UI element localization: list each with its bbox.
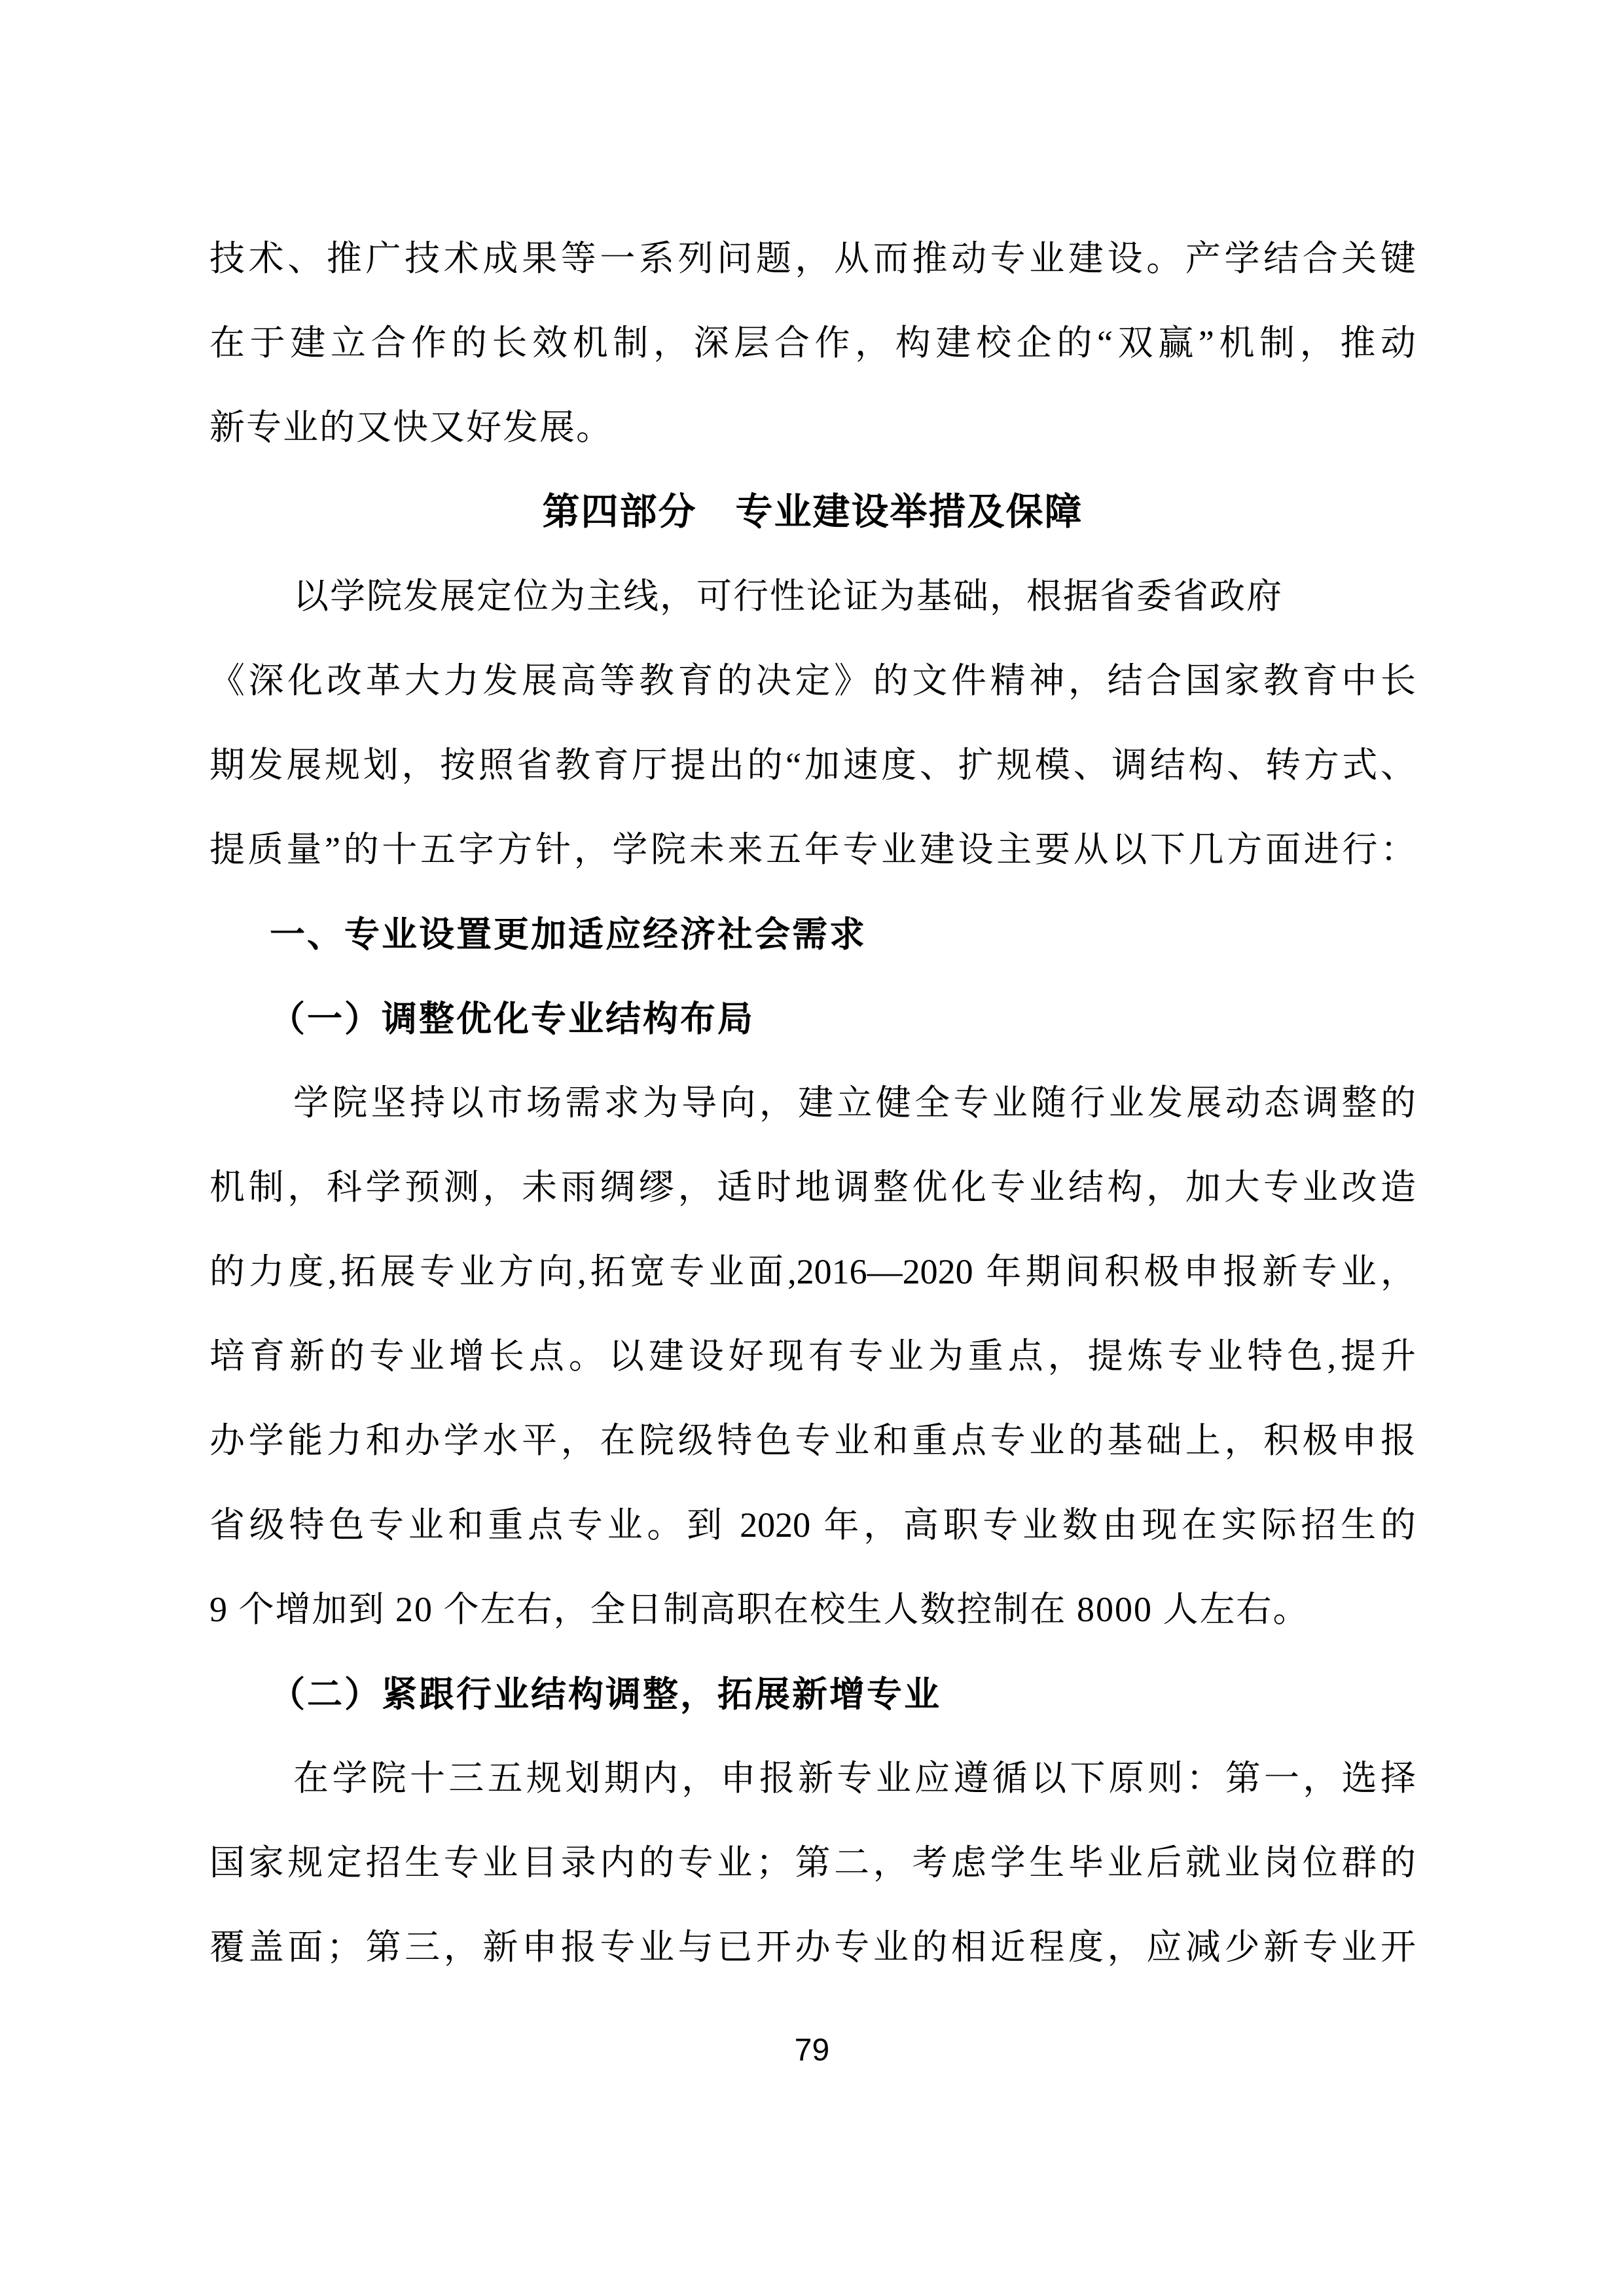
chapter-heading: 第四部分 专业建设举措及保障	[209, 470, 1416, 554]
text-line: 提质量”的十五字方针，学院未来五年专业建设主要从以下几方面进行：	[209, 808, 1416, 892]
document-body: 技术、推广技术成果等一系列问题，从而推动专业建设。产学结合关键在于建立合作的长效…	[209, 217, 1416, 1990]
text-line: 覆盖面；第三，新申报专业与已开办专业的相近程度，应减少新专业开	[209, 1905, 1416, 1990]
section-heading-1: 一、专业设置更加适应经济社会需求	[209, 892, 1416, 977]
text-line: 《深化改革大力发展高等教育的决定》的文件精神，结合国家教育中长	[209, 639, 1416, 723]
text-line: 技术、推广技术成果等一系列问题，从而推动专业建设。产学结合关键	[209, 217, 1416, 301]
text-line: 办学能力和办学水平，在院级特色专业和重点专业的基础上，积极申报	[209, 1399, 1416, 1483]
text-line: 机制，科学预测，未雨绸缪，适时地调整优化专业结构，加大专业改造	[209, 1145, 1416, 1230]
subsection-heading-1-1: （一）调整优化专业结构布局	[209, 977, 1416, 1061]
text-line: 在学院十三五规划期内，申报新专业应遵循以下原则：第一，选择	[209, 1736, 1416, 1821]
text-line: 新专业的又快又好发展。	[209, 386, 1416, 470]
document-page: 技术、推广技术成果等一系列问题，从而推动专业建设。产学结合关键在于建立合作的长效…	[0, 0, 1624, 2296]
text-line: 在于建立合作的长效机制，深层合作，构建校企的“双赢”机制，推动	[209, 301, 1416, 386]
text-line: 9 个增加到 20 个左右，全日制高职在校生人数控制在 8000 人左右。	[209, 1568, 1416, 1652]
text-line: 以学院发展定位为主线，可行性论证为基础，根据省委省政府	[209, 554, 1416, 639]
subsection-heading-1-2: （二）紧跟行业结构调整，拓展新增专业	[209, 1652, 1416, 1736]
text-line: 省级特色专业和重点专业。到 2020 年，高职专业数由现在实际招生的	[209, 1483, 1416, 1568]
text-line: 培育新的专业增长点。以建设好现有专业为重点，提炼专业特色,提升	[209, 1314, 1416, 1399]
text-line: 学院坚持以市场需求为导向，建立健全专业随行业发展动态调整的	[209, 1061, 1416, 1145]
text-line: 的力度,拓展专业方向,拓宽专业面,2016—2020 年期间积极申报新专业，	[209, 1230, 1416, 1314]
page-number: 79	[0, 2032, 1624, 2068]
text-line: 国家规定招生专业目录内的专业；第二，考虑学生毕业后就业岗位群的	[209, 1821, 1416, 1905]
text-line: 期发展规划，按照省教育厅提出的“加速度、扩规模、调结构、转方式、	[209, 723, 1416, 808]
